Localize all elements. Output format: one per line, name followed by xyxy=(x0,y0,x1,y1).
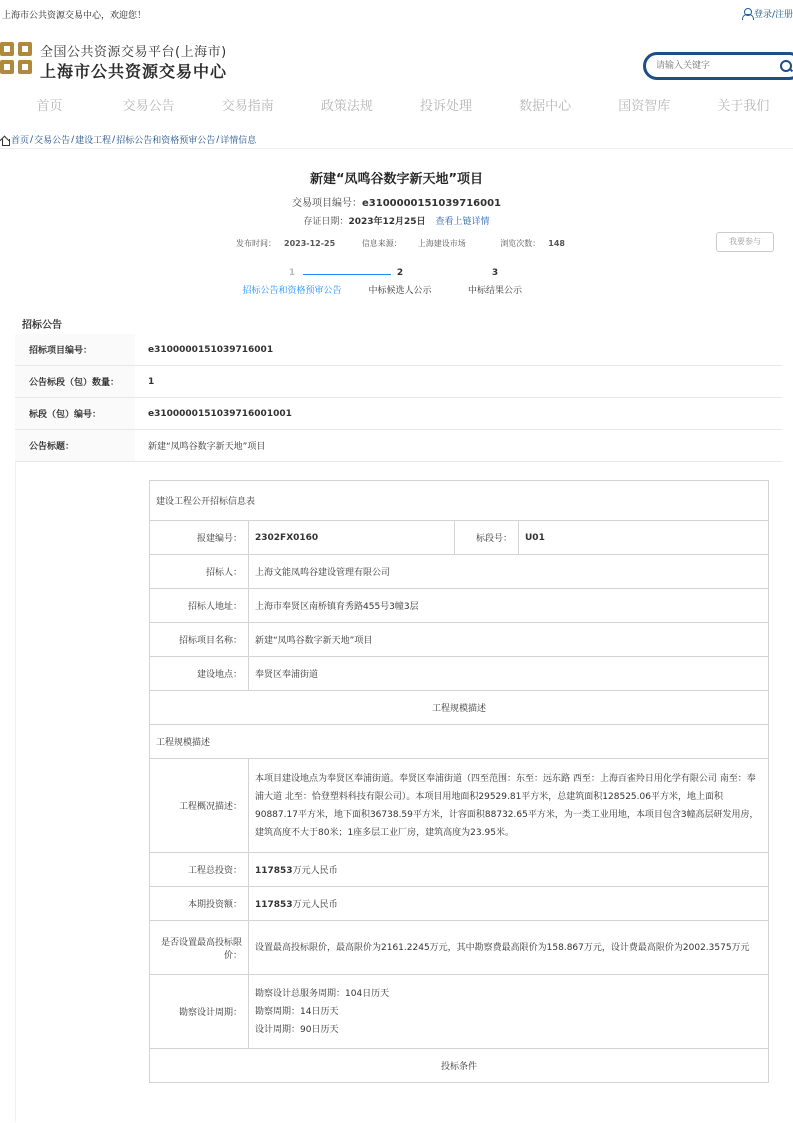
crumb-separator: / xyxy=(30,135,33,145)
overview-label: 工程概况描述： xyxy=(150,759,249,853)
nav-trade-notices[interactable]: 交易公告 xyxy=(99,94,198,120)
cycle-details: 勘察设计总服务周期：104日历天 勘察周期：14日历天 设计周期：90日历天 xyxy=(249,975,769,1049)
page-title: 新建“凤鸣谷数字新天地”项目 xyxy=(0,168,793,187)
publish-time: 2023-12-25 xyxy=(284,239,335,248)
source-label: 信息来源： xyxy=(362,239,402,248)
summary-row: 公告标题： 新建“凤鸣谷数字新天地”项目 xyxy=(15,430,782,462)
step-label: 中标候选人公示 xyxy=(345,286,455,297)
report-no: 2302FX0160 xyxy=(249,521,455,555)
site-label: 建设地点： xyxy=(150,657,249,691)
summary-row: 招标项目编号： e3100000151039716001 xyxy=(15,334,782,366)
cert-date-label: 存证日期： xyxy=(303,217,348,227)
summary-key: 公告标段（包）数量： xyxy=(15,375,135,388)
summary-key: 招标项目编号： xyxy=(15,343,135,356)
divider xyxy=(15,462,16,1122)
summary-row: 公告标段（包）数量： 1 xyxy=(15,366,782,398)
max-price: 设置最高投标限价，最高限价为2161.2245万元，其中勘察费最高限价为158.… xyxy=(249,921,769,975)
join-button[interactable]: 我要参与 xyxy=(716,232,774,252)
section-no: U01 xyxy=(519,521,769,555)
overview-text: 本项目建设地点为奉贤区奉浦街道。奉贤区奉浦街道（四至范围：东至：远东路 西至：上… xyxy=(249,759,769,853)
source: 上海建设市场 xyxy=(418,239,466,248)
view-count: 148 xyxy=(548,239,565,248)
step-number: 1 xyxy=(237,268,347,278)
views-label: 浏览次数： xyxy=(500,239,540,248)
cycle-line: 勘察设计总服务周期：104日历天 xyxy=(255,985,762,1003)
crumb-home[interactable]: 首页 xyxy=(11,133,29,146)
phase-invest-label: 本期投资额： xyxy=(150,887,249,921)
nav-about[interactable]: 关于我们 xyxy=(694,94,793,120)
step-2[interactable]: 2 中标候选人公示 xyxy=(345,268,455,297)
step-1[interactable]: 1 招标公告和资格预审公告 xyxy=(237,268,347,297)
trade-number-label: 交易项目编号： xyxy=(292,198,362,209)
tenderer-label: 招标人： xyxy=(150,555,249,589)
user-icon xyxy=(742,8,752,19)
breadcrumb: 首页/ 交易公告/ 建设工程/ 招标公告和资格预审公告/ 详情信息 xyxy=(0,133,256,146)
cycle-label: 勘察设计周期： xyxy=(150,975,249,1049)
logo-icon[interactable] xyxy=(0,42,34,76)
step-number: 3 xyxy=(440,268,550,278)
publish-label: 发布时间： xyxy=(236,239,276,248)
address: 上海市奉贤区南桥镇育秀路455号3幢3层 xyxy=(249,589,769,623)
chain-detail-link[interactable]: 查看上链详情 xyxy=(436,217,490,227)
cert-date-line: 存证日期：2023年12月25日查看上链详情 xyxy=(0,214,793,227)
trade-number: e3100000151039716001 xyxy=(362,198,501,209)
total-invest: 117853万元人民币 xyxy=(249,853,769,887)
center-name: 上海市公共资源交易中心 xyxy=(40,59,227,82)
crumb-separator: / xyxy=(216,135,219,145)
report-no-label: 报建编号： xyxy=(150,521,249,555)
step-number: 2 xyxy=(345,268,455,278)
scale-subheader: 工程规模描述 xyxy=(150,725,769,759)
home-icon xyxy=(0,135,10,145)
cycle-line: 设计周期：90日历天 xyxy=(255,1021,762,1039)
crumb-construction[interactable]: 建设工程 xyxy=(75,133,111,146)
trade-number-line: 交易项目编号：e3100000151039716001 xyxy=(0,194,793,209)
cycle-line: 勘察周期：14日历天 xyxy=(255,1003,762,1021)
cert-date: 2023年12月25日 xyxy=(348,217,425,227)
crumb-detail: 详情信息 xyxy=(220,133,256,146)
platform-name: 全国公共资源交易平台(上海市) xyxy=(40,41,227,60)
summary-value: 1 xyxy=(135,377,154,387)
tender-info-table: 建设工程公开招标信息表 报建编号： 2302FX0160 标段号： U01 招标… xyxy=(149,480,769,1083)
search-box xyxy=(643,52,793,80)
main-nav: 首页 交易公告 交易指南 政策法规 投诉处理 数据中心 国资智库 关于我们 xyxy=(0,94,793,120)
login-link[interactable]: 登录/注册 xyxy=(742,7,793,20)
crumb-separator: / xyxy=(71,135,74,145)
divider xyxy=(0,148,793,149)
section-title: 招标公告 xyxy=(22,316,62,331)
step-label: 招标公告和资格预审公告 xyxy=(237,286,347,297)
step-3[interactable]: 3 中标结果公示 xyxy=(440,268,550,297)
total-invest-label: 工程总投资： xyxy=(150,853,249,887)
notice-summary: 招标项目编号： e3100000151039716001 公告标段（包）数量： … xyxy=(15,334,782,462)
search-icon[interactable] xyxy=(779,59,793,73)
nav-home[interactable]: 首页 xyxy=(0,94,99,120)
project-name-label: 招标项目名称： xyxy=(150,623,249,657)
nav-think-tank[interactable]: 国资智库 xyxy=(595,94,694,120)
crumb-tender-notices[interactable]: 招标公告和资格预审公告 xyxy=(116,133,215,146)
login-label[interactable]: 登录/注册 xyxy=(754,7,793,20)
max-price-label: 是否设置最高投标限价： xyxy=(150,921,249,975)
nav-trade-guide[interactable]: 交易指南 xyxy=(198,94,297,120)
address-label: 招标人地址： xyxy=(150,589,249,623)
publish-info: 发布时间：2023-12-25 信息来源：上海建设市场 浏览次数：148 xyxy=(0,238,793,249)
top-bar: 上海市公共资源交易中心，欢迎您！ 登录/注册 xyxy=(0,0,793,28)
summary-row: 标段（包）编号： e3100000151039716001001 xyxy=(15,398,782,430)
step-label: 中标结果公示 xyxy=(440,286,550,297)
welcome-text: 上海市公共资源交易中心，欢迎您！ xyxy=(2,8,146,21)
phase-invest: 117853万元人民币 xyxy=(249,887,769,921)
crumb-trade-notices[interactable]: 交易公告 xyxy=(34,133,70,146)
tenderer: 上海文能凤鸣谷建设管理有限公司 xyxy=(249,555,769,589)
bid-conditions-header: 投标条件 xyxy=(150,1049,769,1083)
scale-header: 工程规模描述 xyxy=(150,691,769,725)
summary-key: 公告标题： xyxy=(15,439,135,452)
summary-key: 标段（包）编号： xyxy=(15,407,135,420)
site: 奉贤区奉浦街道 xyxy=(249,657,769,691)
nav-complaints[interactable]: 投诉处理 xyxy=(397,94,496,120)
table-caption: 建设工程公开招标信息表 xyxy=(150,481,769,521)
summary-value: e3100000151039716001001 xyxy=(135,409,292,419)
project-name: 新建“凤鸣谷数字新天地”项目 xyxy=(249,623,769,657)
summary-value: 新建“凤鸣谷数字新天地”项目 xyxy=(135,439,265,452)
crumb-separator: / xyxy=(112,135,115,145)
section-no-label: 标段号： xyxy=(455,521,519,555)
process-steps: 1 招标公告和资格预审公告 2 中标候选人公示 3 中标结果公示 xyxy=(240,268,540,318)
search-input[interactable] xyxy=(656,59,766,73)
nav-data-center[interactable]: 数据中心 xyxy=(496,94,595,120)
summary-value: e3100000151039716001 xyxy=(135,345,273,355)
nav-policies[interactable]: 政策法规 xyxy=(297,94,396,120)
